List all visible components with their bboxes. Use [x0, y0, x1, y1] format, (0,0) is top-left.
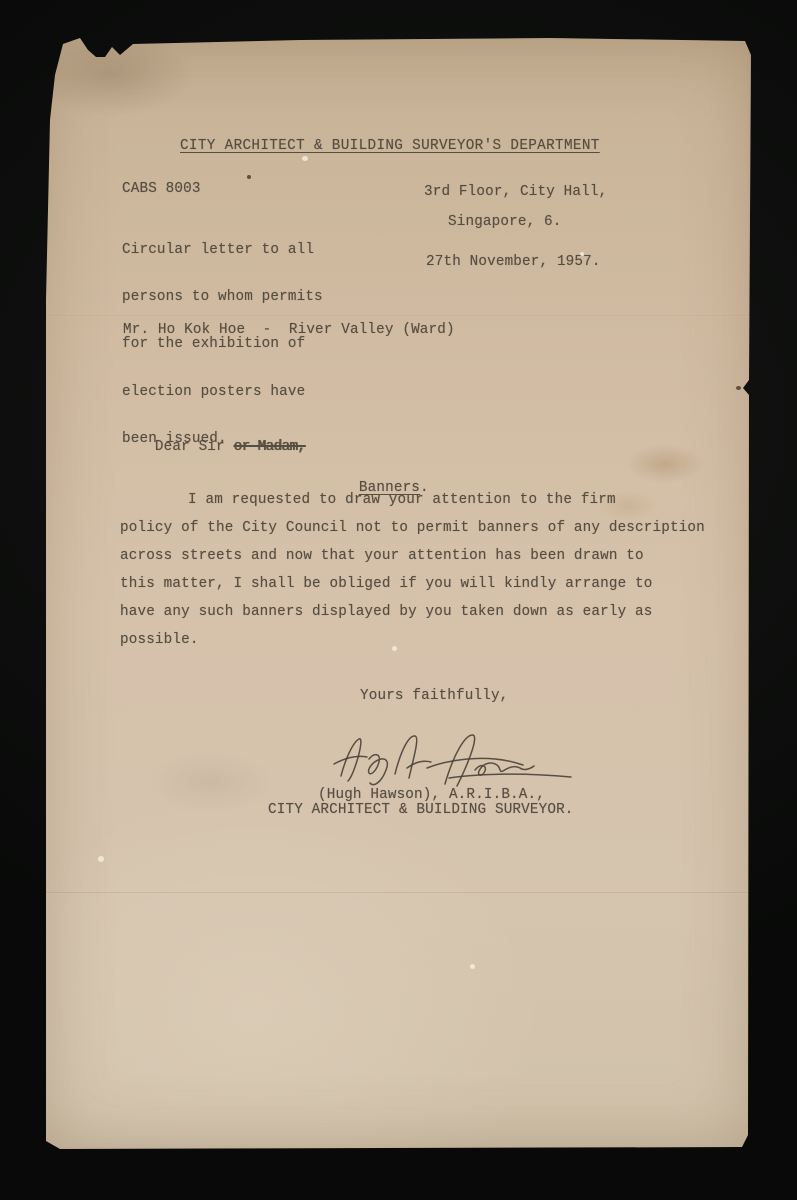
letter-date: 27th November, 1957. [426, 254, 601, 270]
closing-line: Yours faithfully, [360, 688, 508, 704]
salutation-prefix: Dear Sir [155, 439, 234, 455]
letter-paper: CITY ARCHITECT & BUILDING SURVEYOR'S DEP… [40, 34, 755, 1150]
paper-speck [98, 856, 104, 862]
paper-speck [247, 175, 251, 179]
reference-number: CABS 8003 [122, 181, 201, 197]
recipient-line: Mr. Ho Kok Hoe - River Valley (Ward) [123, 322, 455, 338]
signature-script [323, 732, 581, 792]
paper-crease [40, 892, 755, 894]
sender-address-line2: Singapore, 6. [448, 214, 561, 230]
description-line: election posters have [122, 385, 323, 400]
signed-title-line: CITY ARCHITECT & BUILDING SURVEYOR. [268, 802, 574, 818]
body-line: have any such banners displayed by you t… [120, 598, 720, 626]
paper-speck [736, 386, 741, 390]
salutation-struck-text: or Madam, [234, 439, 306, 455]
description-line: for the exhibition of [122, 337, 323, 352]
signed-name-line: (Hugh Hawson), A.R.I.B.A., [318, 787, 545, 803]
department-title: CITY ARCHITECT & BUILDING SURVEYOR'S DEP… [180, 138, 600, 154]
body-line: I am requested to draw your attention to… [120, 486, 720, 514]
paper-speck [470, 964, 475, 969]
body-line: policy of the City Council not to permit… [120, 514, 720, 542]
salutation: Dear Sir or Madam, [120, 423, 305, 471]
body-paragraph: I am requested to draw your attention to… [120, 486, 720, 654]
body-line: possible. [120, 626, 720, 654]
paper-speck [302, 156, 308, 161]
body-line: across streets and now that your attenti… [120, 542, 720, 570]
body-line: this matter, I shall be obliged if you w… [120, 570, 720, 598]
description-line: persons to whom permits [122, 290, 323, 305]
sender-address-line1: 3rd Floor, City Hall, [424, 184, 607, 200]
description-line: Circular letter to all [122, 243, 323, 258]
